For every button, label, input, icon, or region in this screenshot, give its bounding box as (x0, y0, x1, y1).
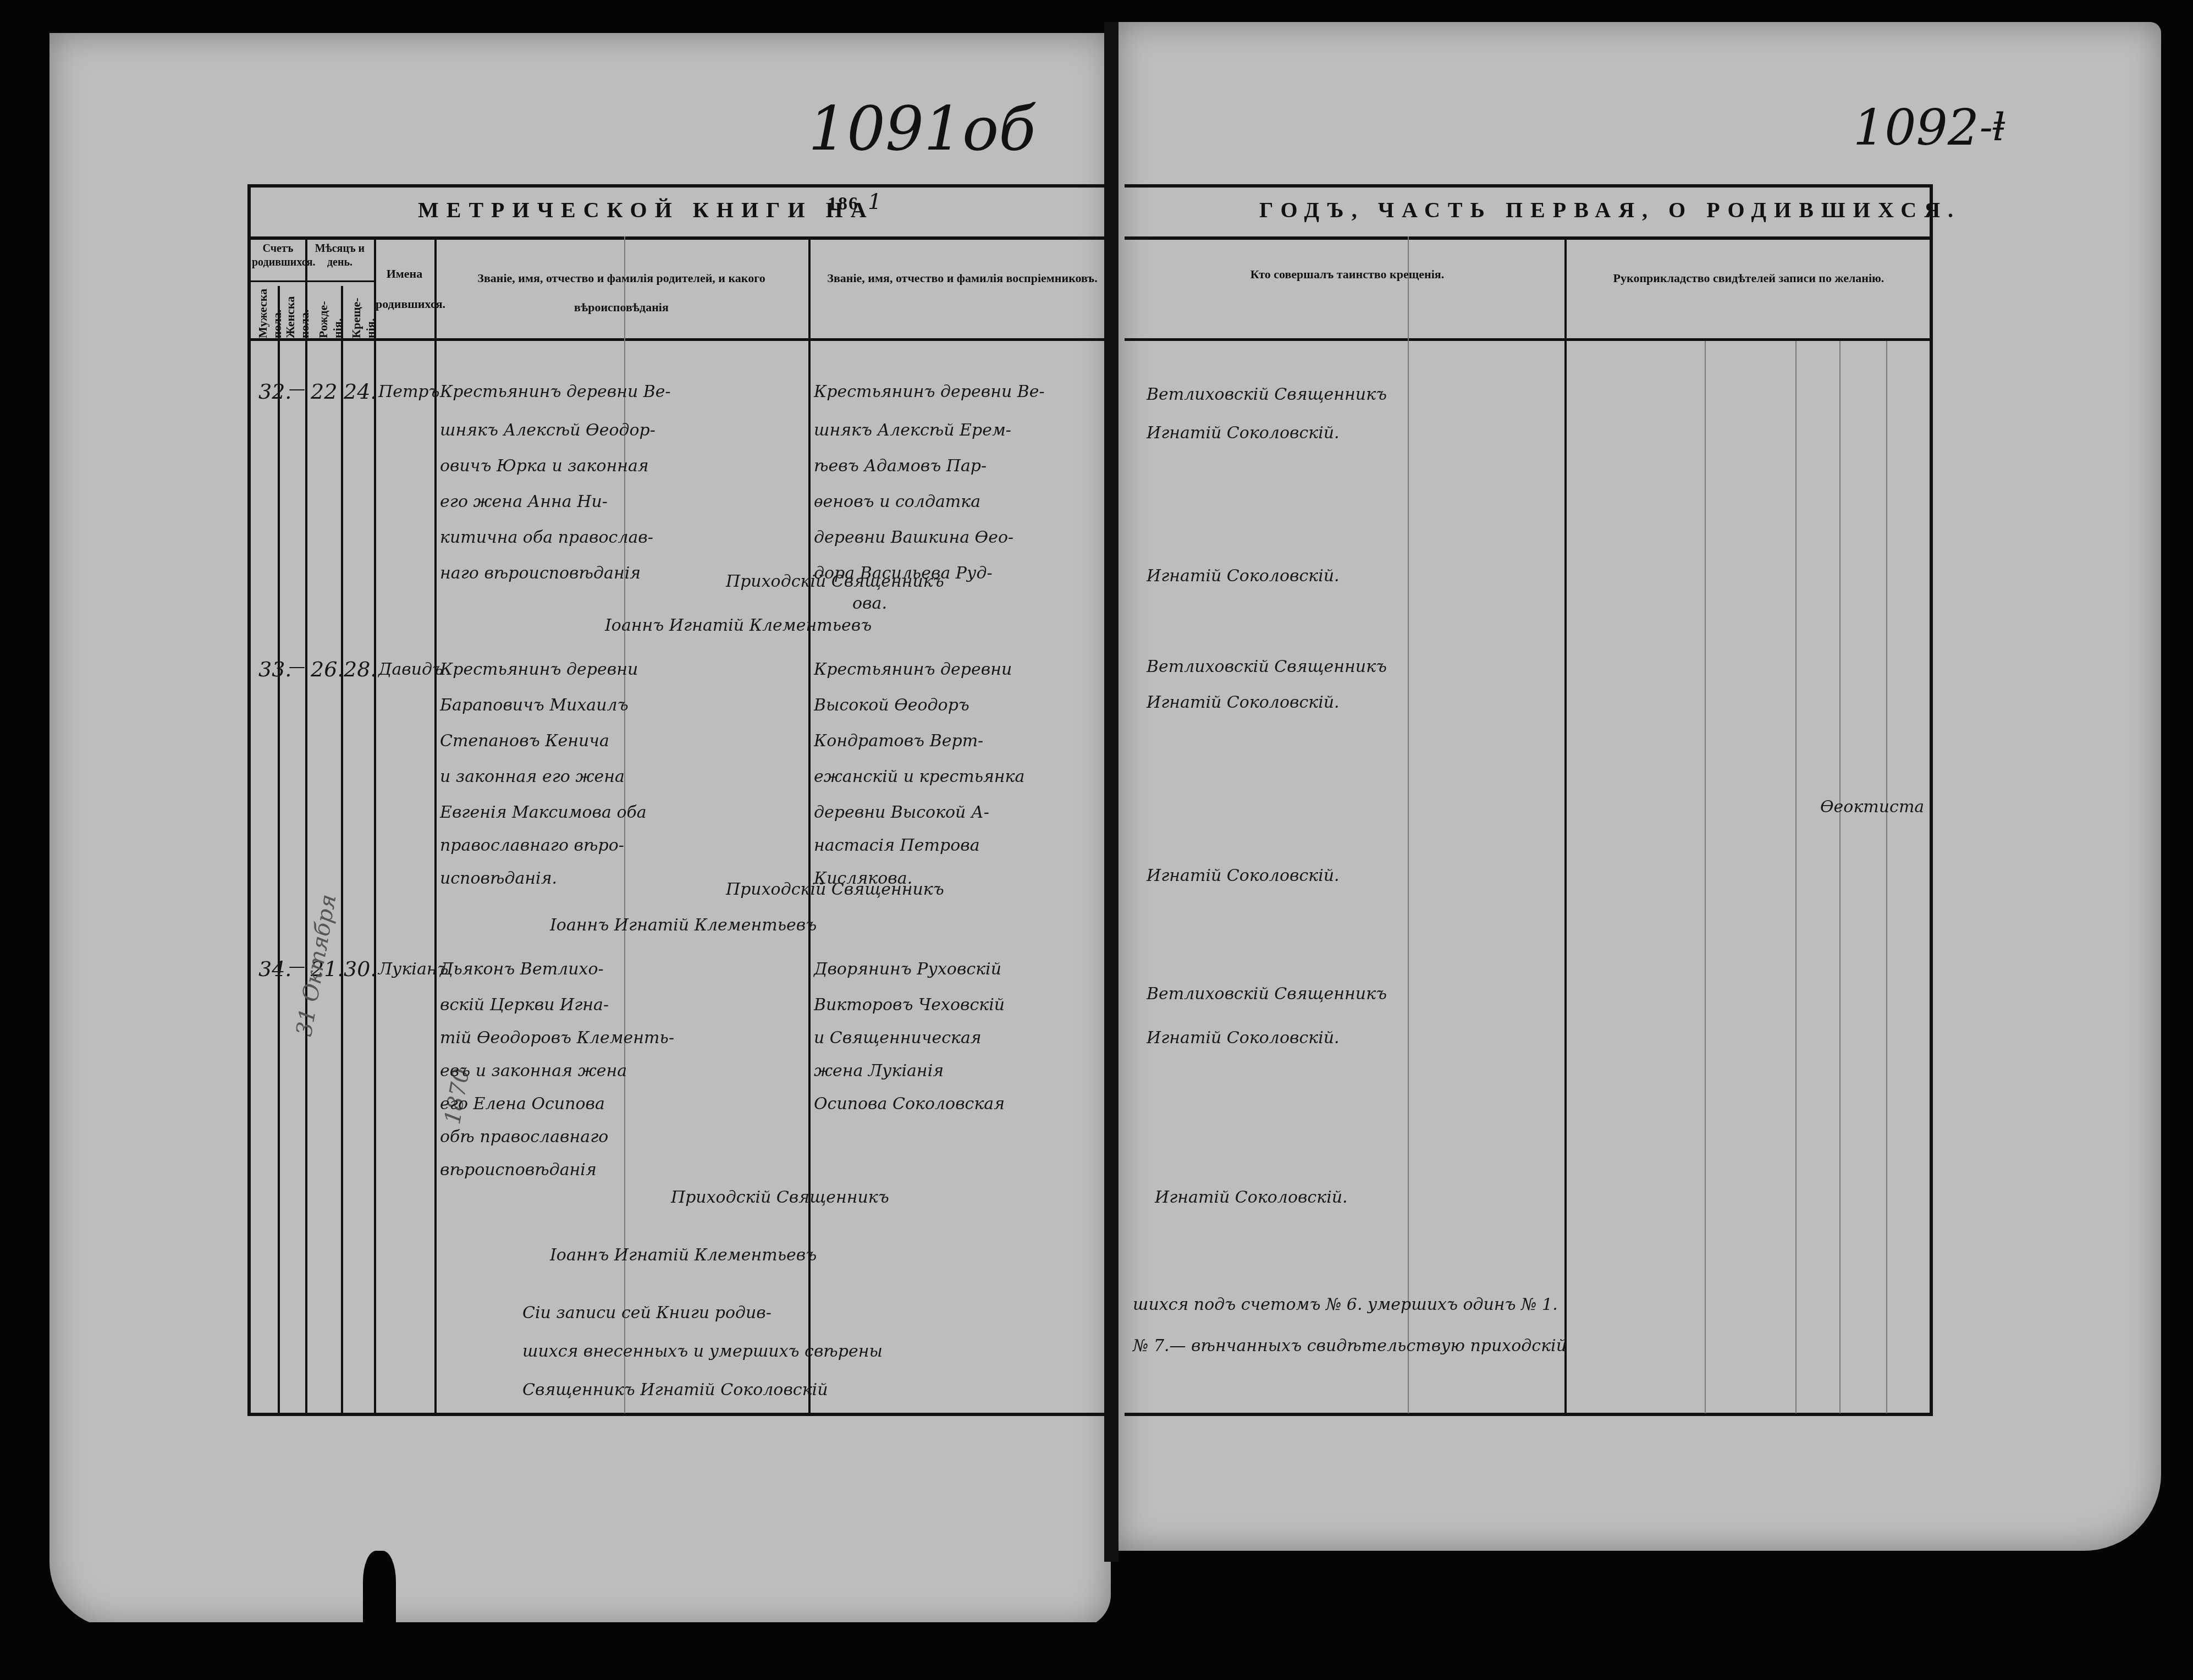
entry-32-priest-title: Ветлиховскій Священникъ (1147, 385, 1387, 404)
title-rule-left (250, 236, 1114, 240)
entry-34-baptism-day: 30. (344, 957, 377, 981)
faint-guide (1886, 341, 1887, 1413)
entry-32-female: — (289, 379, 305, 399)
year-written: 1 (868, 189, 881, 214)
entry-34-signature-name: Іоаннъ Игнатій Клементьевъ (550, 1246, 817, 1265)
header-rule-left (250, 338, 1114, 341)
header-date-group: Мѣсяцъ и день. (307, 242, 373, 269)
entry-33-female: — (289, 657, 305, 676)
closing-note-left-1: Сіи записи сей Книги родив- (522, 1303, 772, 1323)
header-count-group: Счетъ родившихся. (252, 242, 304, 269)
entry-34-priest-name: Игнатій Соколовскій. (1147, 1028, 1340, 1048)
closing-note-right-2: № 7.— вѣнчанныхъ свидѣтельствую приходск… (1133, 1336, 1567, 1356)
right-table-frame (1125, 184, 1933, 1416)
left-title: МЕТРИЧЕСКОЙ КНИГИ НА (418, 197, 874, 223)
col-divider (434, 236, 437, 1413)
col-divider (278, 286, 280, 1413)
header-godparents: Званіе, имя, отчество и фамилія воспріем… (814, 264, 1111, 293)
col-divider (808, 236, 811, 1413)
col-divider (305, 236, 307, 1413)
faint-guide (1705, 341, 1706, 1413)
entry-33-baptism-day: 28. (344, 657, 377, 681)
entry-32-baptism-day: 24. (344, 379, 377, 404)
entry-32-number: 32. (258, 379, 291, 404)
entry-34-signature-title: Приходскій Священникъ (671, 1188, 889, 1207)
entry-32-name: Петръ (378, 382, 440, 401)
header-witnesses: Рукоприкладство свидѣтелей записи по жел… (1573, 264, 1925, 293)
sub-rule (250, 280, 305, 282)
entry-32-signature-name: Іоаннъ Игнатій Клементьевъ (605, 616, 872, 635)
header-date-birth: Рожде-нія. (316, 289, 345, 338)
entry-32-signature-title: Приходскій Священникъ (726, 572, 944, 591)
faint-guide (1839, 341, 1841, 1413)
col-divider (341, 286, 343, 1413)
closing-note-left-2: шихся внесенныхъ и умершихъ свѣрены (522, 1342, 883, 1361)
title-rule-right (1125, 236, 1933, 240)
header-priest: Кто совершалъ таинство крещенія. (1133, 267, 1562, 282)
header-count-male: Мужеска пола. (256, 289, 284, 338)
scan-border-bottom (0, 1622, 2193, 1680)
closing-note-left-3: Священникъ Игнатій Соколовскій (522, 1380, 828, 1400)
entry-33-signature-title: Приходскій Священникъ (726, 880, 944, 899)
entry-32-birth-day: 22 (311, 379, 337, 404)
right-folio-number: 1092 (1853, 99, 1979, 157)
closing-note-right-1: шихся подъ счетомъ № 6. умершихъ одинъ №… (1133, 1295, 1558, 1314)
entry-34-number: 34. (258, 957, 291, 981)
scan-border-left (0, 0, 49, 1680)
header-parents: Званіе, имя, отчество и фамилія родителе… (440, 264, 803, 322)
entry-33-signature-name: Іоаннъ Игнатій Клементьевъ (550, 916, 817, 935)
header-names: Имена родившихся. (376, 258, 433, 319)
right-folio-mark: -ⱡ (1980, 104, 2005, 150)
entry-33-priest-name: Игнатій Соколовскій. (1147, 693, 1340, 712)
entry-33-birth-day: 26. (311, 657, 344, 681)
col-divider (1564, 236, 1567, 1413)
entry-33-priest-signature: Игнатій Соколовскій. (1147, 866, 1340, 885)
entry-33-witness-signature: Ѳеоктиста (1820, 797, 1924, 817)
entry-33-name: Давидъ (378, 660, 443, 679)
left-folio-number: 1091об (808, 93, 1035, 164)
entry-33-priest-title: Ветлиховскій Священникъ (1147, 657, 1387, 676)
faint-guide (1795, 341, 1797, 1413)
faint-guide (624, 236, 625, 1413)
entry-34-priest-signature: Игнатій Соколовскій. (1155, 1188, 1348, 1207)
entry-33-number: 33. (258, 657, 291, 681)
header-rule-right (1125, 338, 1933, 341)
faint-guide (1408, 236, 1409, 1413)
scan-border-right (2161, 0, 2193, 1680)
year-prefix: 186 (828, 194, 859, 214)
header-date-baptism: Креще-нія. (349, 289, 378, 338)
entry-32-priest-name: Игнатій Соколовскій. (1147, 423, 1340, 443)
entry-34-priest-title: Ветлиховскій Священникъ (1147, 984, 1387, 1004)
paper-tear (363, 1551, 396, 1628)
entry-34-name: Лукіанъ (378, 960, 449, 979)
left-table-frame (247, 184, 1116, 1416)
right-title: ГОДЪ, ЧАСТЬ ПЕРВАЯ, О РОДИВШИХСЯ. (1259, 197, 1961, 223)
col-divider (374, 236, 376, 1413)
sub-rule (305, 280, 374, 282)
entry-32-priest-signature: Игнатій Соколовскій. (1147, 566, 1340, 586)
header-count-female: Женска пола. (283, 289, 312, 338)
